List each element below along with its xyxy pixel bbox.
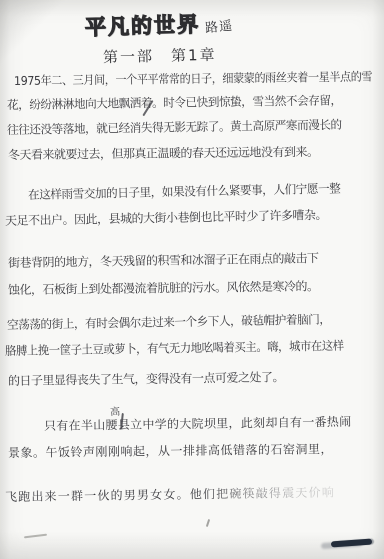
handwriting-line: 在这样雨雪交加的日子里，如果没有什么紧要事，人们宁愿一整 [28,179,341,203]
page-title: 平凡的世界 [85,8,201,41]
handwriting-line: 的日子里显得丧失了生气，变得没有一点可爱之处了。 [8,368,284,389]
pencil-dash-mark [24,534,47,539]
manuscript-page: 平凡的世界 路遥 第一部 第1章 1975年二、三月间，一个平平常常的日子，细蒙… [0,0,384,559]
handwriting-line: 冬天看来就要过去，但那真正温暖的春天还远远地没有到来。 [8,143,319,163]
handwriting-line: 只有在半山腰县立中学的大院坝里，此刻却自有一番热闹 [44,413,352,434]
ink-smudge [331,539,372,548]
handwriting-line: 1975年二、三月间，一个平平常常的日子，细蒙蒙的雨丝夹着一星半点的雪 [14,68,372,89]
handwriting-line: 天足不出户。因此，县城的大街小巷倒也比平时少了许多嘈杂。 [5,206,327,229]
handwriting-line: 飞跑出来一群一伙的男男女女。他们把碗筷敲得震天价响 [5,483,335,505]
handwriting-line: 蚀化，石板街上到处都漫流着肮脏的污水。风依然是寒冷的。 [8,277,319,298]
handwriting-line: 空荡荡的街上，有时会偶尔走过来一个乡下人，破毡帽护着脑门， [7,310,331,333]
ink-tick-mark [206,519,210,527]
author-name: 路遥 [204,15,234,36]
insertion-char: 高 [109,403,120,419]
handwriting-line: 景象。午饭铃声刚刚响起，从一排排高低错落的石窑洞里， [8,440,333,461]
handwriting-line: 往往还没等落地，就已经消失得无影无踪了。黄土高原严寒而漫长的 [7,116,342,138]
handwriting-line: 花，纷纷淋淋地向大地飘洒着。时令已快到惊蛰，雪当然不会存留， [7,91,342,113]
handwriting-line: 胳膊上挽一筐子土豆或萝卜，有气无力地吆喝着买主。嗨，城市在这样 [5,337,344,359]
handwriting-line: 街巷背阴的地方，冬天残留的积雪和冰溜子正在雨点的敲击下 [8,249,319,271]
chapter-heading: 第一部 第1章 [103,44,217,67]
